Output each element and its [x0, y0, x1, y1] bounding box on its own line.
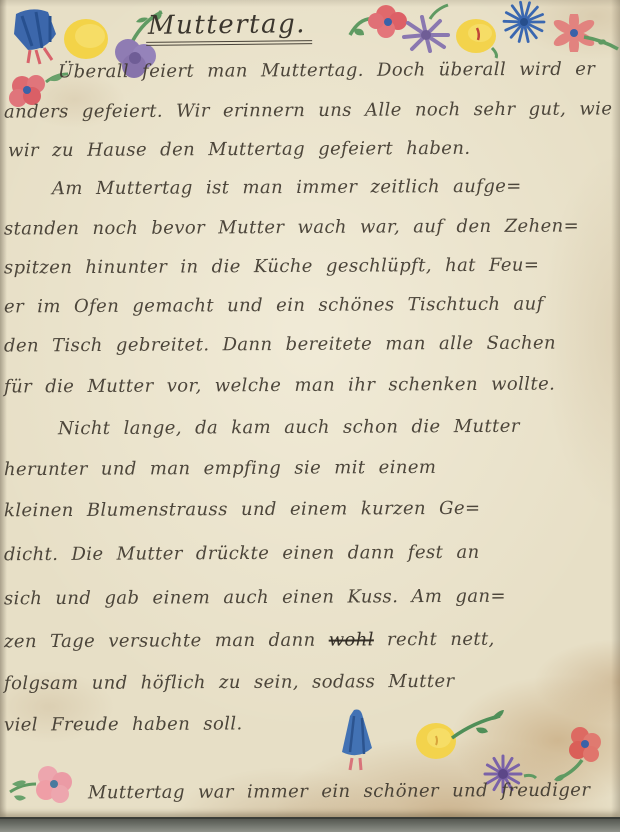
handwritten-line-4: Am Muttertag ist man immer zeitlich aufg… [52, 176, 522, 199]
pink-rose-icon [8, 762, 78, 810]
handwritten-line-5: standen noch bevor Mutter wach war, auf … [4, 215, 579, 239]
red-poppy-icon [546, 722, 612, 788]
handwritten-line-14: sich und gab einem auch einen Kuss. Am g… [4, 586, 506, 610]
bluebell-flower-icon [334, 708, 380, 774]
line-15-post: recht nett, [374, 629, 495, 651]
purple-star-flower-icon [398, 3, 456, 55]
handwritten-line-15: zen Tage versuchte man dann wohl recht n… [4, 629, 495, 653]
handwritten-line-1: Überall feiert man Muttertag. Doch übera… [58, 59, 595, 83]
handwritten-line-13: dicht. Die Mutter drückte einen dann fes… [4, 542, 480, 565]
handwritten-line-17: viel Freude haben soll. [4, 713, 243, 735]
handwritten-line-2: anders gefeiert. Wir erinnern uns Alle n… [4, 98, 612, 122]
page-title: Muttertag. [146, 9, 312, 46]
handwritten-line-18: Muttertag war immer ein schöner und freu… [88, 780, 590, 804]
handwritten-line-8: den Tisch gebreitet. Dann bereitete man … [4, 333, 556, 357]
handwritten-line-12: kleinen Blumenstrauss und einem kurzen G… [4, 498, 481, 521]
handwritten-line-16: folgsam und höflich zu sein, sodass Mutt… [4, 671, 455, 694]
scanned-handwritten-page: Muttertag. Überall feiert man Muttertag.… [0, 0, 620, 832]
handwritten-line-11: herunter und man empfing sie mit einem [4, 457, 436, 480]
bluebell-flower-icon [6, 6, 64, 70]
crossed-out-word: wohl [329, 629, 374, 650]
handwritten-line-7: er im Ofen gemacht und ein schönes Tisch… [4, 294, 544, 318]
pink-star-flower-icon [548, 14, 620, 52]
handwritten-line-9: für die Mutter vor, welche man ihr schen… [4, 374, 555, 398]
handwritten-line-10: Nicht lange, da kam auch schon die Mutte… [58, 416, 520, 439]
handwritten-line-3: wir zu Hause den Muttertag gefeiert habe… [8, 138, 471, 161]
handwritten-line-6: spitzen hinunter in die Küche geschlüpft… [4, 255, 539, 279]
green-sprig-icon [450, 708, 506, 742]
line-15-pre: zen Tage versuchte man dann [4, 630, 329, 653]
scan-edge-band [0, 817, 620, 832]
